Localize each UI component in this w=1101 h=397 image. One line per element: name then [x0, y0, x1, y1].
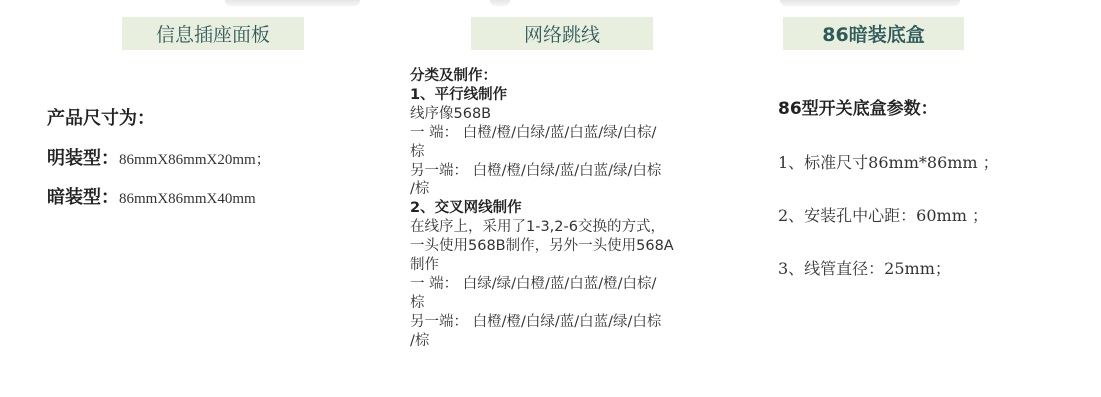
backbox-params-section: 86型开关底盒参数： 1、标准尺寸86mm*86mm ； 2、安装孔中心距：60…	[778, 94, 999, 309]
panel-size-section: 产品尺寸为： 明装型：86mmX86mmX20mm； 暗装型：86mmX86mm…	[47, 104, 271, 222]
text-line: 另一端： 白橙/橙/白绿/蓝/白蓝/绿/白棕	[410, 162, 740, 181]
param-item: 3、线管直径：25mm；	[778, 256, 999, 279]
spec-row-flush-mount: 暗装型：86mmX86mmX40mm	[47, 183, 271, 209]
text-line: 1、平行线制作	[410, 86, 740, 105]
text-line: 制作	[410, 256, 740, 275]
product-image-fragment-box	[780, 0, 960, 6]
text-line: 一 端： 白橙/橙/白绿/蓝/白蓝/绿/白棕/	[410, 124, 740, 143]
section-heading: 86型开关底盒参数：	[778, 94, 999, 119]
param-item: 1、标准尺寸86mm*86mm ；	[778, 150, 999, 173]
title-86-backbox: 86暗装底盒	[783, 17, 964, 50]
title-network-patch-cable: 网络跳线	[471, 17, 653, 50]
text-line: 分类及制作：	[410, 67, 740, 86]
title-info-socket-panel: 信息插座面板	[122, 17, 304, 50]
text-line: 棕	[410, 294, 740, 313]
title-text: 86暗装底盒	[822, 20, 924, 47]
text-line: 一 端： 白绿/绿/白橙/蓝/白蓝/橙/白棕/	[410, 275, 740, 294]
spec-row-surface-mount: 明装型：86mmX86mmX20mm；	[47, 144, 271, 170]
text-line: /棕	[410, 180, 740, 199]
section-heading: 产品尺寸为：	[47, 104, 271, 130]
param-item: 2、安装孔中心距：60mm ；	[778, 203, 999, 226]
text-line: 棕	[410, 143, 740, 162]
text-line: /棕	[410, 332, 740, 351]
product-image-fragment-panel	[225, 0, 360, 6]
text-line: 在线序上，采用了1-3,2-6交换的方式，	[410, 218, 740, 237]
text-line: 一头使用568B制作，另外一头使用568A	[410, 237, 740, 256]
text-line: 另一端： 白橙/橙/白绿/蓝/白蓝/绿/白棕	[410, 313, 740, 332]
text-line: 线序像568B	[410, 105, 740, 124]
patch-cable-section: 分类及制作： 1、平行线制作 线序像568B 一 端： 白橙/橙/白绿/蓝/白蓝…	[410, 67, 740, 351]
spec-label: 暗装型：	[47, 187, 119, 208]
spec-value: 86mmX86mmX40mm	[119, 191, 256, 207]
spec-label: 明装型：	[47, 148, 119, 169]
spec-value: 86mmX86mmX20mm；	[119, 152, 271, 168]
product-image-fragment-cable	[490, 0, 510, 6]
text-line: 2、交叉网线制作	[410, 199, 740, 218]
title-text: 网络跳线	[524, 20, 600, 47]
title-text: 信息插座面板	[156, 20, 270, 47]
